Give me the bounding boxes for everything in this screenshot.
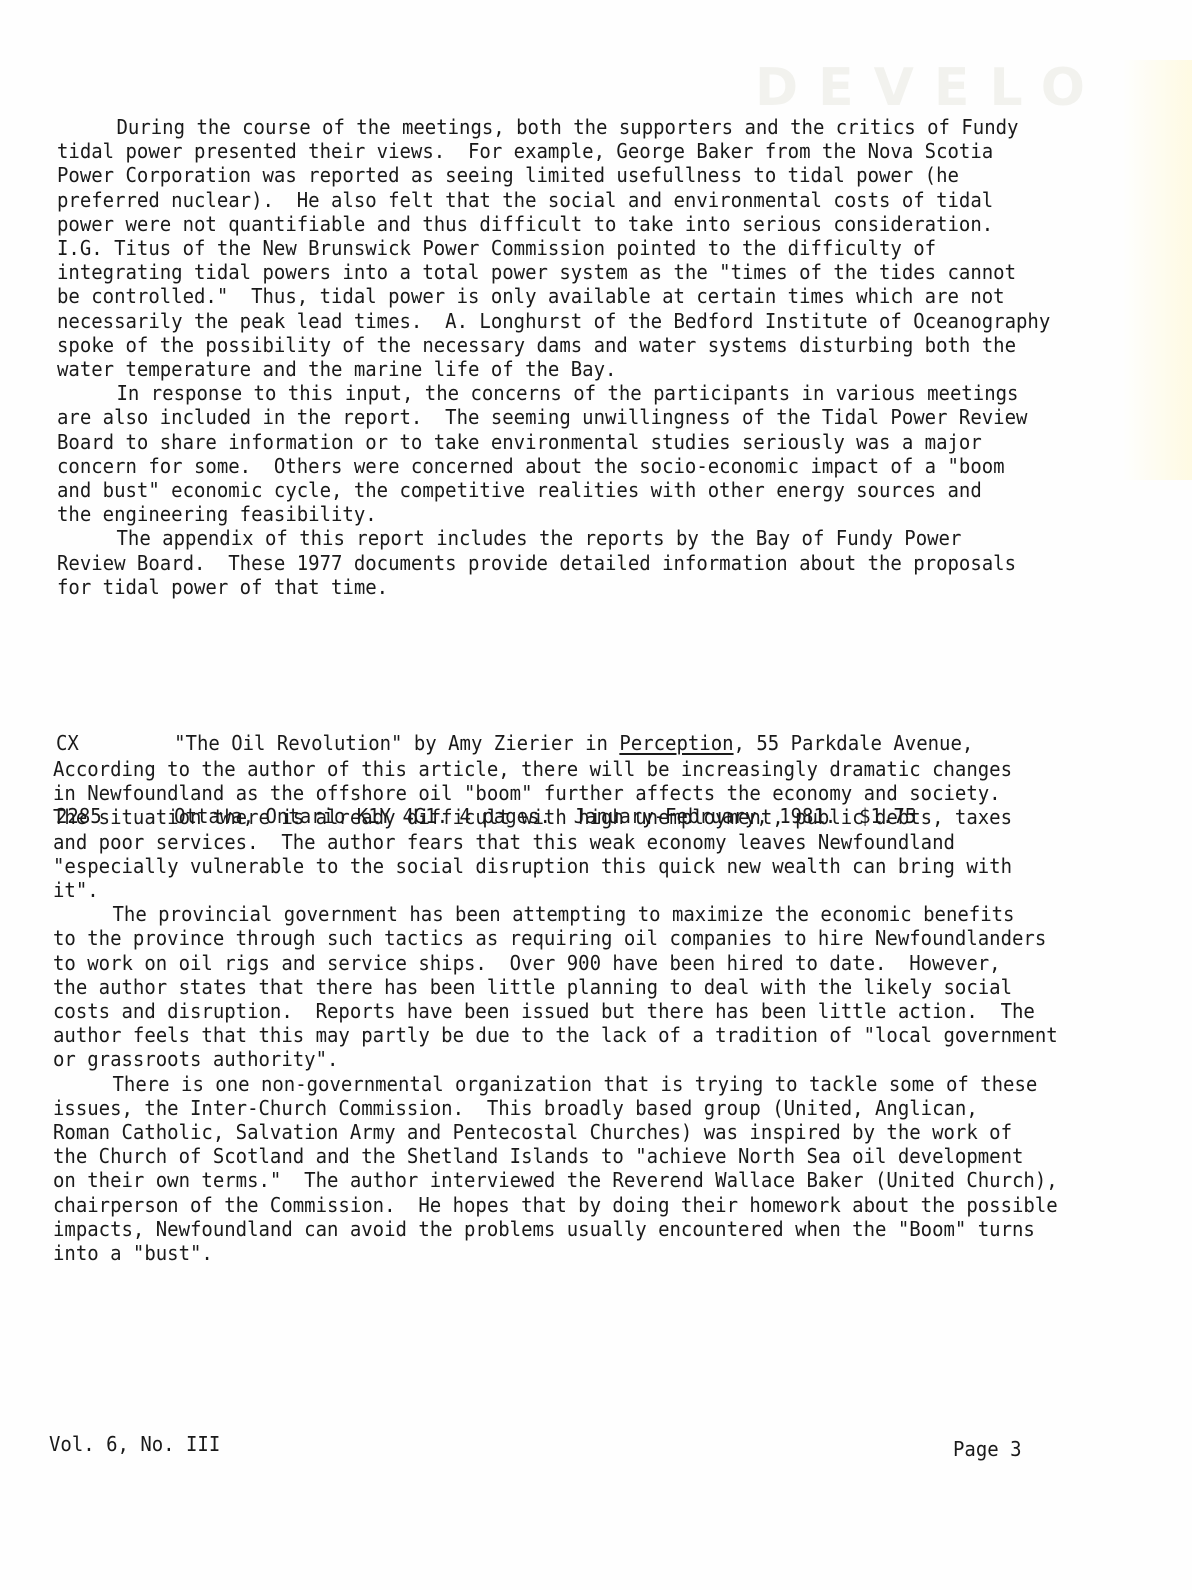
footer-page-number: Page 3 <box>953 1437 1022 1461</box>
paragraph: There is one non-governmental organizati… <box>53 1072 1058 1266</box>
paragraph: According to the author of this article,… <box>53 757 1058 902</box>
text-line: water temperature and the marine life of… <box>57 357 1050 381</box>
text-line: costs and disruption. Reports have been … <box>53 999 1058 1023</box>
text-line: In response to this input, the concerns … <box>57 381 1050 405</box>
text-line: on their own terms." The author intervie… <box>53 1168 1058 1192</box>
text-line: for tidal power of that time. <box>57 575 1050 599</box>
text-line: it". <box>53 878 1058 902</box>
text-line: in Newfoundland as the offshore oil "boo… <box>53 781 1058 805</box>
text-line: issues, the Inter-Church Commission. Thi… <box>53 1096 1058 1120</box>
text-line: be controlled." Thus, tidal power is onl… <box>57 284 1050 308</box>
text-line: chairperson of the Commission. He hopes … <box>53 1193 1058 1217</box>
text-line: During the course of the meetings, both … <box>57 115 1050 139</box>
citation-publication: Perception <box>619 731 733 755</box>
text-line: impacts, Newfoundland can avoid the prob… <box>53 1217 1058 1241</box>
text-line: spoke of the possibility of the necessar… <box>57 333 1050 357</box>
text-line: Roman Catholic, Salvation Army and Pente… <box>53 1120 1058 1144</box>
text-line: The situation there is already difficult… <box>53 805 1058 829</box>
text-line: the author states that there has been li… <box>53 975 1058 999</box>
text-line: to the province through such tactics as … <box>53 926 1058 950</box>
citation-line-1: "The Oil Revolution" by Amy Zierier in P… <box>174 731 973 755</box>
text-line: integrating tidal powers into a total po… <box>57 260 1050 284</box>
paragraph: The provincial government has been attem… <box>53 902 1058 1071</box>
citation-entry: CX 2285 "The Oil Revolution" by Amy Zier… <box>56 683 79 756</box>
text-line: author feels that this may partly be due… <box>53 1023 1058 1047</box>
tidal-power-section: During the course of the meetings, both … <box>57 115 1050 599</box>
text-line: the Church of Scotland and the Shetland … <box>53 1144 1058 1168</box>
text-line: to work on oil rigs and service ships. O… <box>53 951 1058 975</box>
paper-tint <box>1122 60 1192 480</box>
text-line: There is one non-governmental organizati… <box>53 1072 1058 1096</box>
text-line: power were not quantifiable and thus dif… <box>57 212 1050 236</box>
text-line: "especially vulnerable to the social dis… <box>53 854 1058 878</box>
paragraph: The appendix of this report includes the… <box>57 526 1050 599</box>
paragraph: During the course of the meetings, both … <box>57 115 1050 381</box>
citation-address: , 55 Parkdale Avenue, <box>734 731 974 755</box>
footer-volume: Vol. 6, No. III <box>49 1432 220 1456</box>
citation-id-prefix: CX <box>56 731 102 755</box>
text-line: Board to share information or to take en… <box>57 430 1050 454</box>
text-line: preferred nuclear). He also felt that th… <box>57 188 1050 212</box>
text-line: concern for some. Others were concerned … <box>57 454 1050 478</box>
text-line: or grassroots authority". <box>53 1047 1058 1071</box>
text-line: Power Corporation was reported as seeing… <box>57 163 1050 187</box>
oil-revolution-summary: According to the author of this article,… <box>53 757 1058 1265</box>
text-line: tidal power presented their views. For e… <box>57 139 1050 163</box>
text-line: are also included in the report. The see… <box>57 405 1050 429</box>
text-line: The appendix of this report includes the… <box>57 526 1050 550</box>
citation-title: "The Oil Revolution" by Amy Zierier in <box>174 731 619 755</box>
text-line: According to the author of this article,… <box>53 757 1058 781</box>
text-line: into a "bust". <box>53 1241 1058 1265</box>
text-line: necessarily the peak lead times. A. Long… <box>57 309 1050 333</box>
text-line: Review Board. These 1977 documents provi… <box>57 551 1050 575</box>
text-line: the engineering feasibility. <box>57 502 1050 526</box>
text-line: and poor services. The author fears that… <box>53 830 1058 854</box>
text-line: The provincial government has been attem… <box>53 902 1058 926</box>
text-line: I.G. Titus of the New Brunswick Power Co… <box>57 236 1050 260</box>
paragraph: In response to this input, the concerns … <box>57 381 1050 526</box>
bleed-through-text: DEVELO <box>755 58 1105 118</box>
text-line: and bust" economic cycle, the competitiv… <box>57 478 1050 502</box>
